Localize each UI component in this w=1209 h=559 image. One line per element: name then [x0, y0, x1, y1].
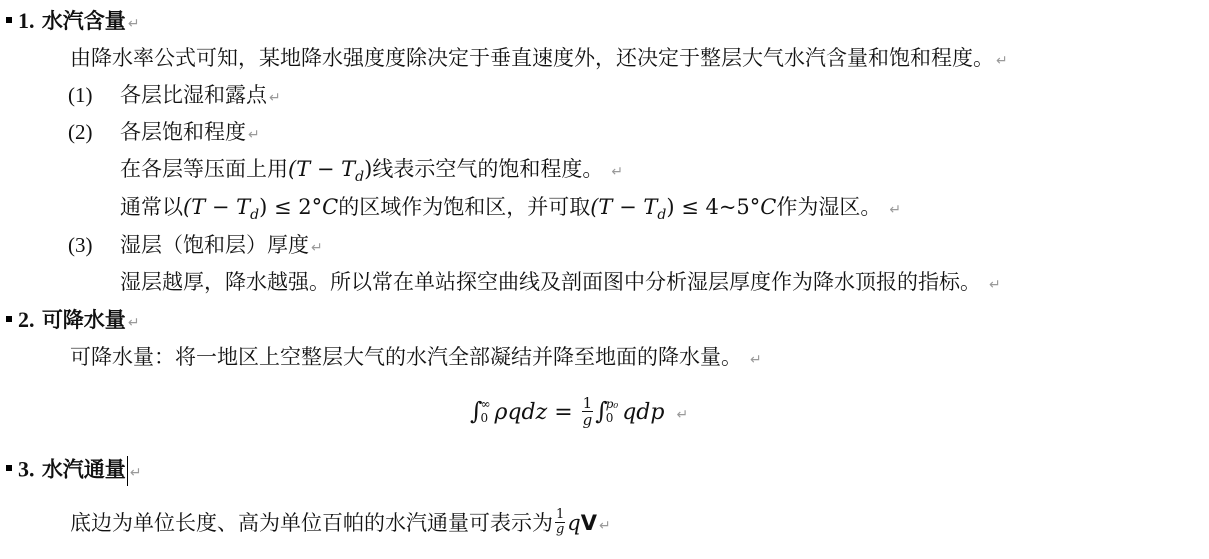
list-item-3[interactable]: (3)湿层（饱和层）厚度↵ [68, 232, 323, 261]
equals-sign: = [554, 400, 572, 425]
list-item-title: 各层饱和程度 [120, 120, 246, 144]
section-number: 2. [18, 307, 35, 332]
math-text: (T − T [590, 195, 657, 219]
lower-limit: 0 [481, 411, 491, 425]
math-vector: V [581, 511, 597, 535]
section-title: 水汽含量 [42, 8, 126, 33]
section-2-heading[interactable]: 2. 可降水量↵ [6, 307, 140, 336]
numerator: 1 [582, 395, 594, 412]
text-segment: 的区域作为饱和区，并可取 [338, 195, 590, 219]
section-number: 1. [18, 8, 35, 33]
fraction: 1g [555, 508, 565, 537]
intro-text: 由降水率公式可知，某地降水强度度除决定于垂直速度外，还决定于整层大气水汽含量和饱… [70, 46, 994, 70]
denominator: g [582, 412, 594, 428]
integrand: qdp [622, 400, 664, 425]
list-item-1[interactable]: (1)各层比湿和露点↵ [68, 82, 281, 111]
section-title: 水汽通量 [42, 457, 126, 482]
math-text: (T − T [183, 195, 250, 219]
list-item-label: (3) [68, 232, 120, 258]
math-expression: (T − Td) ≤ 4~5°C [590, 195, 776, 219]
precipitable-water-formula[interactable]: ∫∞0ρqdz = 1g∫p₀0qdp↵ [470, 393, 688, 433]
math-unit: C [760, 195, 776, 219]
paragraph-mark-icon: ↵ [128, 315, 140, 331]
text-segment: 底边为单位长度、高为单位百帕的水汽通量可表示为 [70, 511, 553, 535]
paragraph-mark-icon: ↵ [989, 277, 1001, 293]
bullet-marker-icon [6, 465, 12, 471]
list-item-2[interactable]: (2)各层饱和程度↵ [68, 119, 260, 148]
paragraph-mark-icon: ↵ [130, 465, 142, 481]
math-subscript: d [355, 169, 364, 185]
math-expression: (T − Td) ≤ 2°C [183, 195, 338, 219]
list-item-title: 各层比湿和露点 [120, 83, 267, 107]
section-number: 3. [18, 457, 35, 482]
paragraph-mark-icon: ↵ [599, 518, 611, 534]
math-subscript: d [657, 207, 666, 223]
paragraph-mark-icon: ↵ [750, 352, 762, 368]
paragraph-mark-icon: ↵ [248, 127, 260, 143]
fraction: 1g [582, 395, 594, 428]
paragraph-mark-icon: ↵ [676, 407, 688, 423]
math-text: ) ≤ 2° [259, 195, 322, 219]
item-2-line-1[interactable]: 在各层等压面上用(T − Td)线表示空气的饱和程度。↵ [120, 156, 623, 190]
math-variable: q [567, 511, 580, 535]
section-3-heading[interactable]: 3. 水汽通量↵ [6, 456, 142, 486]
paragraph-mark-icon: ↵ [889, 202, 901, 218]
text-cursor [127, 456, 128, 486]
item-3-text[interactable]: 湿层越厚，降水越强。所以常在单站探空曲线及剖面图中分析湿层厚度作为降水顶报的指标… [120, 269, 1001, 298]
text-segment: 可降水量：将一地区上空整层大气的水汽全部凝结并降至地面的降水量。 [70, 345, 742, 369]
list-item-title: 湿层（饱和层）厚度 [120, 233, 309, 257]
numerator: 1 [555, 508, 565, 523]
integrand: ρqdz [495, 400, 548, 425]
bullet-marker-icon [6, 316, 12, 322]
paragraph-mark-icon: ↵ [611, 164, 623, 180]
math-unit: C [322, 195, 338, 219]
upper-limit: ∞ [481, 397, 491, 411]
list-item-label: (1) [68, 82, 120, 108]
text-segment: 线表示空气的饱和程度。 [372, 157, 603, 181]
paragraph-mark-icon: ↵ [269, 90, 281, 106]
math-text: (T − T [288, 157, 355, 181]
text-segment: 通常以 [120, 195, 183, 219]
paragraph-mark-icon: ↵ [996, 53, 1008, 69]
section-3-text[interactable]: 底边为单位长度、高为单位百帕的水汽通量可表示为1gqV↵ [70, 510, 611, 539]
section-2-text[interactable]: 可降水量：将一地区上空整层大气的水汽全部凝结并降至地面的降水量。↵ [70, 344, 762, 373]
section-title: 可降水量 [42, 307, 126, 332]
upper-limit: p₀ [606, 397, 619, 411]
integral-limits: ∞0 [481, 397, 491, 425]
integral-limits: p₀0 [606, 397, 619, 425]
section-1-heading[interactable]: 1. 水汽含量↵ [6, 8, 140, 37]
math-expression: (T − Td) [288, 157, 372, 181]
water-vapor-flux-formula: 1gqV [553, 511, 597, 535]
math-subscript: d [250, 207, 259, 223]
math-text: ) ≤ 4~5° [666, 195, 760, 219]
text-segment: 湿层越厚，降水越强。所以常在单站探空曲线及剖面图中分析湿层厚度作为降水顶报的指标… [120, 270, 981, 294]
list-item-label: (2) [68, 119, 120, 145]
paragraph-mark-icon: ↵ [128, 16, 140, 32]
bullet-marker-icon [6, 17, 12, 23]
text-segment: 作为湿区。 [776, 195, 881, 219]
text-segment: 在各层等压面上用 [120, 157, 288, 181]
section-1-intro[interactable]: 由降水率公式可知，某地降水强度度除决定于垂直速度外，还决定于整层大气水汽含量和饱… [70, 45, 1008, 74]
paragraph-mark-icon: ↵ [311, 240, 323, 256]
denominator: g [555, 523, 565, 537]
item-2-line-2[interactable]: 通常以(T − Td) ≤ 2°C的区域作为饱和区，并可取(T − Td) ≤ … [120, 194, 901, 228]
lower-limit: 0 [606, 411, 619, 425]
